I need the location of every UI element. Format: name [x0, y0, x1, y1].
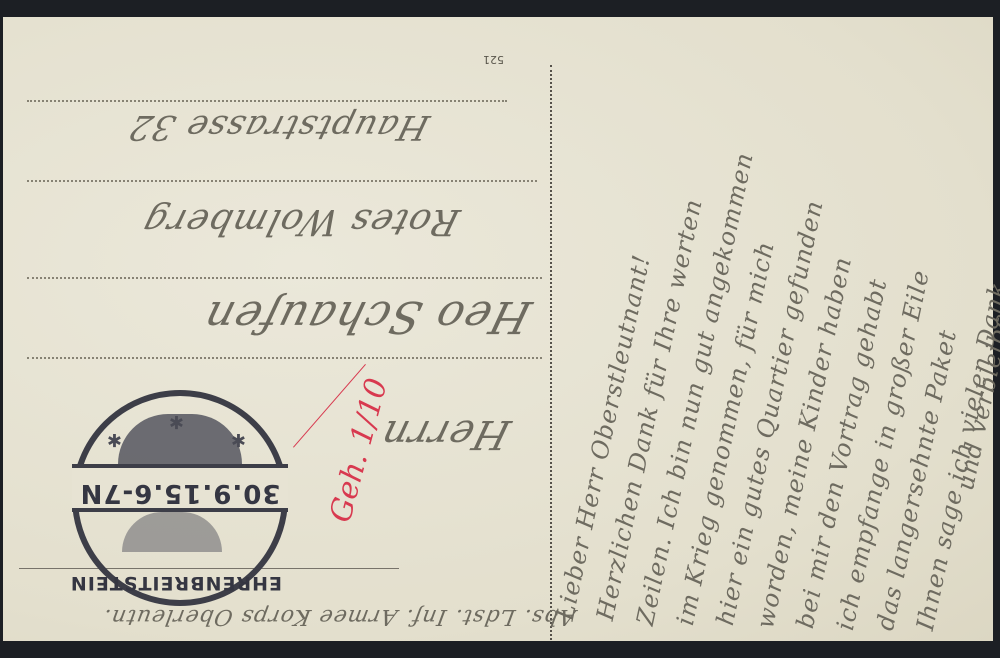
- stamp-emblem: [122, 512, 222, 552]
- divider-line: [550, 65, 552, 640]
- star-icon: ✱: [231, 429, 246, 450]
- address-line-4: [27, 357, 542, 359]
- star-icon: ✱: [169, 411, 184, 432]
- sender-text: Abs. Ldst. Inf. Armee Korps Oberleutn.: [101, 604, 578, 629]
- postmark-date: 30.9.15.6-7N: [78, 478, 282, 508]
- postmark-stamp: 30.9.15.6-7N EHRENBREITSTEIN ✱ ✱ ✱: [72, 390, 288, 606]
- address-text-2: Heo Schaufen: [198, 291, 537, 342]
- address-text-4: Hauptstrasse 32: [124, 107, 434, 147]
- address-text-1: Herrn: [375, 411, 515, 457]
- address-line-3: [27, 277, 542, 279]
- postmark-town: EHRENBREITSTEIN: [78, 572, 282, 594]
- address-line-1: [27, 100, 507, 102]
- address-line-2: [27, 180, 537, 182]
- address-text-3: Rotes Wolmberg: [138, 201, 464, 242]
- print-number: 521: [483, 53, 504, 66]
- star-icon: ✱: [107, 429, 122, 450]
